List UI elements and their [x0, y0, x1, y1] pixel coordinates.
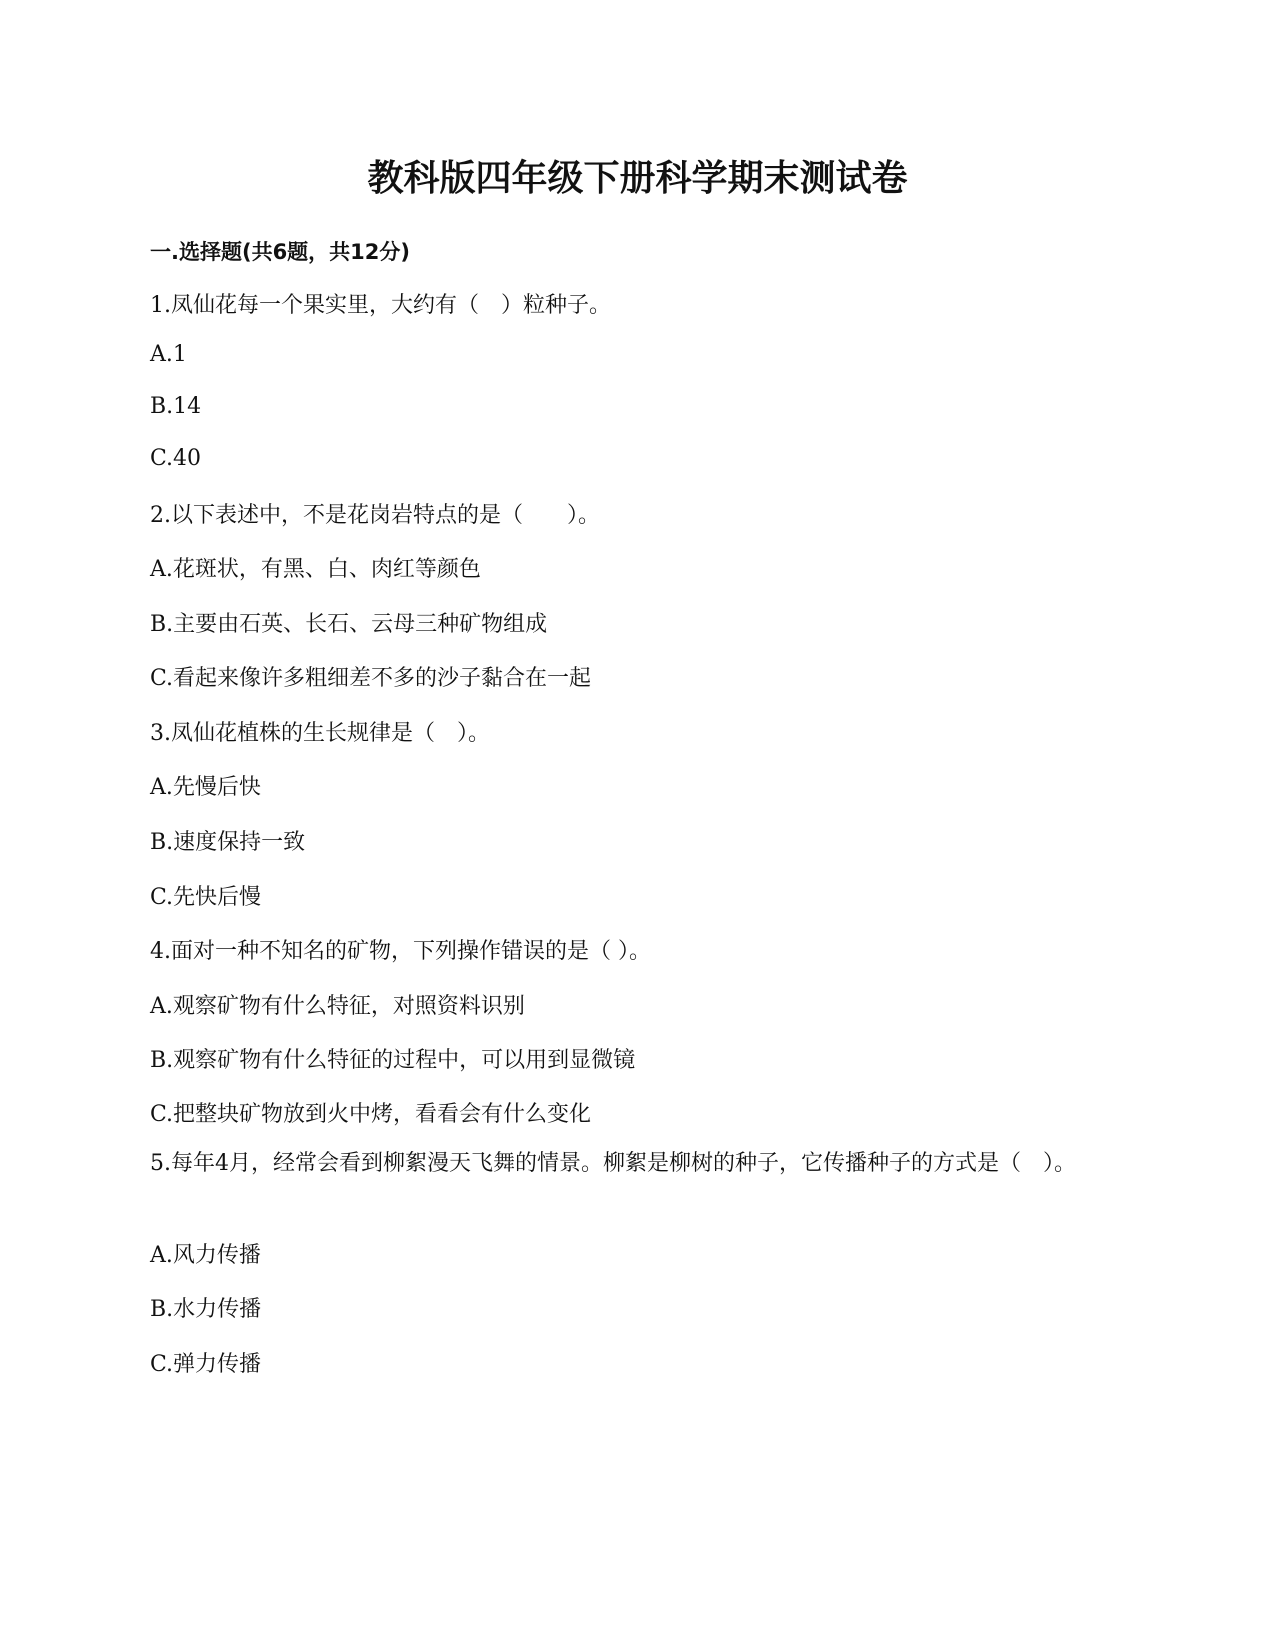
question-4-option-b: B.观察矿物有什么特征的过程中，可以用到显微镜 [150, 1043, 635, 1074]
question-5-stem: 5.每年4月，经常会看到柳絮漫天飞舞的情景。柳絮是柳树的种子，它传播种子的方式是… [150, 1148, 1110, 1180]
question-5-option-a: A.风力传播 [150, 1238, 261, 1269]
question-4-option-c: C.把整块矿物放到火中烤，看看会有什么变化 [150, 1097, 591, 1128]
question-5-option-c: C.弹力传播 [150, 1347, 261, 1378]
question-1-option-b: B.14 [150, 394, 201, 419]
question-2-option-c: C.看起来像许多粗细差不多的沙子黏合在一起 [150, 661, 591, 692]
question-3-option-c: C.先快后慢 [150, 880, 261, 911]
document-page: 教科版四年级下册科学期末测试卷 一.选择题(共6题，共12分) 1.凤仙花每一个… [0, 0, 1275, 1650]
section-heading: 一.选择题(共6题，共12分) [150, 236, 410, 266]
question-2-option-a: A.花斑状，有黑、白、肉红等颜色 [150, 552, 481, 583]
question-1-option-a: A.1 [150, 342, 187, 367]
question-2-option-b: B.主要由石英、长石、云母三种矿物组成 [150, 607, 547, 638]
question-4-stem: 4.面对一种不知名的矿物，下列操作错误的是（ ）。 [150, 934, 651, 965]
question-3-option-a: A.先慢后快 [150, 770, 261, 801]
question-3-option-b: B.速度保持一致 [150, 825, 305, 856]
question-1-option-c: C.40 [150, 446, 201, 471]
page-title: 教科版四年级下册科学期末测试卷 [0, 150, 1275, 201]
question-5-option-b: B.水力传播 [150, 1292, 261, 1323]
question-4-option-a: A.观察矿物有什么特征，对照资料识别 [150, 989, 525, 1020]
question-3-stem: 3.凤仙花植株的生长规律是（ ）。 [150, 716, 490, 747]
question-2-stem: 2.以下表述中，不是花岗岩特点的是（ ）。 [150, 498, 600, 529]
question-1-stem: 1.凤仙花每一个果实里，大约有（ ）粒种子。 [150, 288, 611, 319]
